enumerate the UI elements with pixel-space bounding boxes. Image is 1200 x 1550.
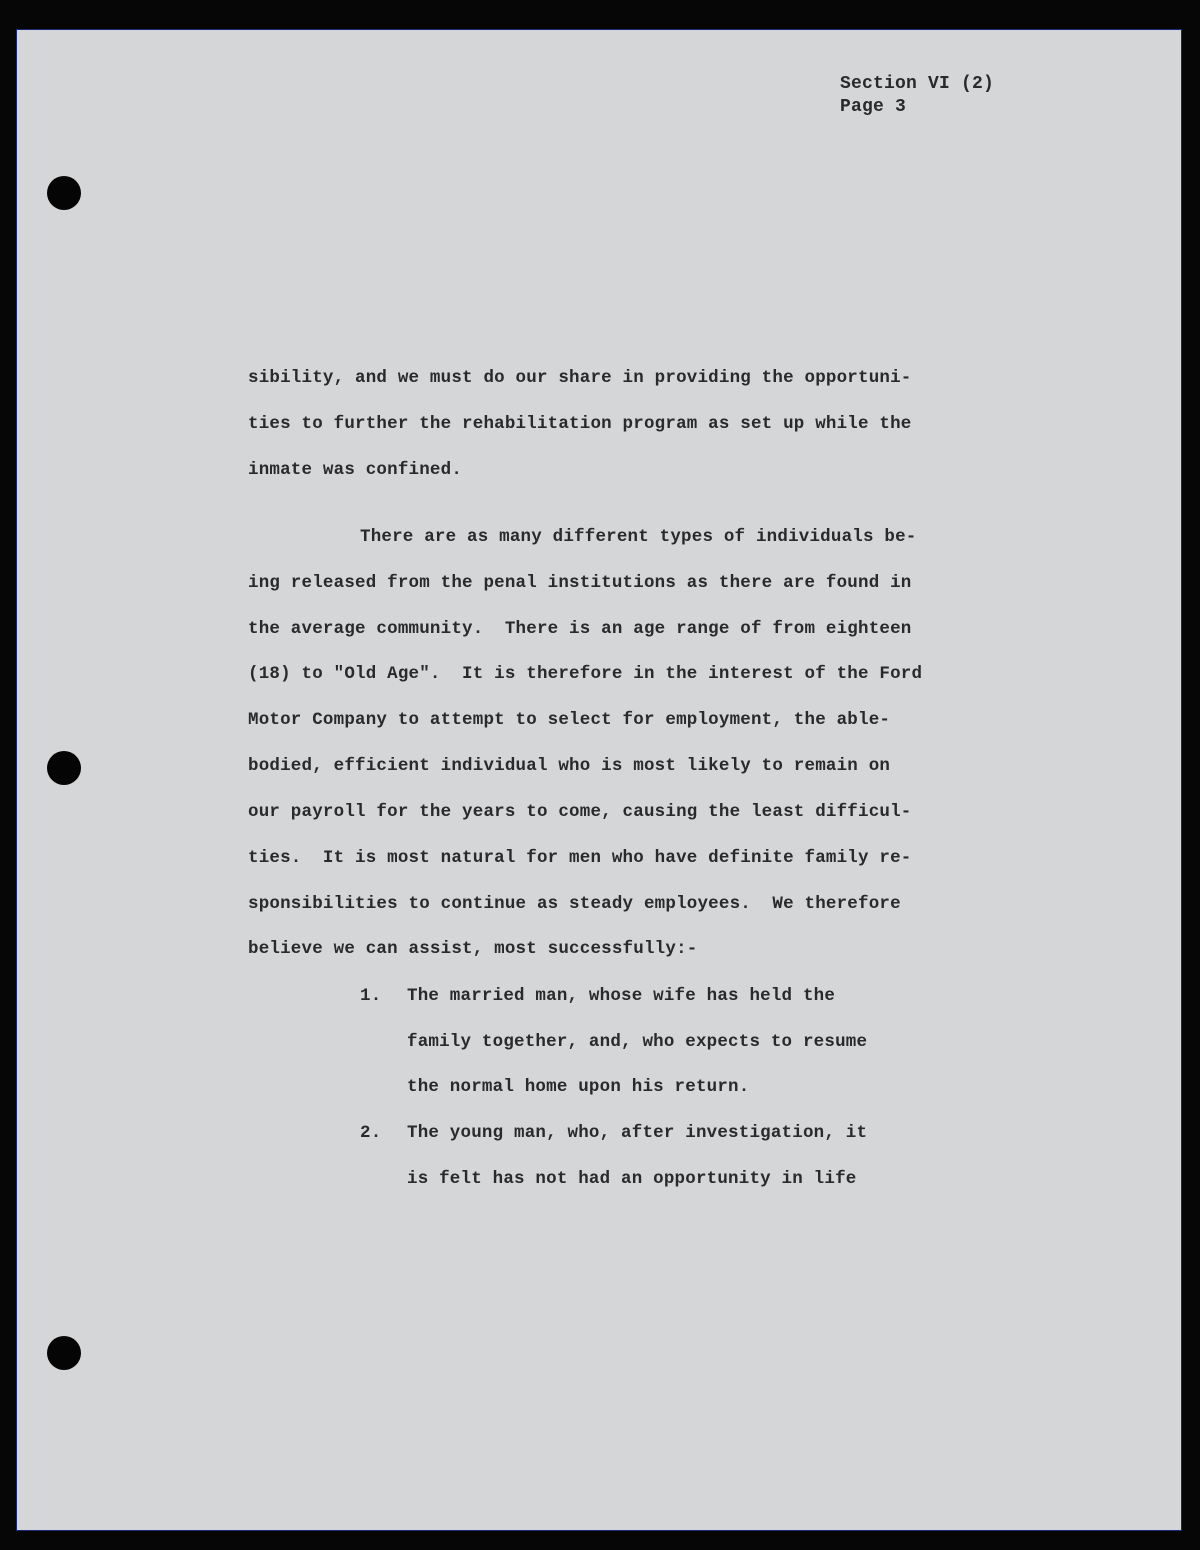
text-line: The young man, who, after investigation,… [407, 1123, 867, 1143]
text-line: is felt has not had an opportunity in li… [407, 1169, 856, 1189]
document-page: Section VI (2) Page 3 sibility, and we m… [17, 30, 1181, 1530]
list-number: 2. [360, 1123, 381, 1143]
text-line: the average community. There is an age r… [248, 619, 912, 639]
text-line: family together, and, who expects to res… [407, 1032, 867, 1052]
text-line: ties to further the rehabilitation progr… [248, 414, 912, 434]
list-number: 1. [360, 986, 381, 1006]
text-line: bodied, efficient individual who is most… [248, 756, 890, 776]
text-line: inmate was confined. [248, 460, 462, 480]
section-label: Section VI (2) [840, 74, 994, 94]
text-line: There are as many different types of ind… [360, 527, 917, 547]
page-number: Page 3 [840, 97, 906, 117]
text-line: the normal home upon his return. [407, 1077, 749, 1097]
hole-punch-middle [47, 751, 81, 785]
text-line: sponsibilities to continue as steady emp… [248, 894, 901, 914]
text-line: believe we can assist, most successfully… [248, 939, 697, 959]
hole-punch-bottom [47, 1336, 81, 1370]
text-line: sibility, and we must do our share in pr… [248, 368, 912, 388]
text-line: ties. It is most natural for men who hav… [248, 848, 912, 868]
text-line: our payroll for the years to come, causi… [248, 802, 912, 822]
text-line: The married man, whose wife has held the [407, 986, 835, 1006]
text-line: ing released from the penal institutions… [248, 573, 912, 593]
text-line: (18) to "Old Age". It is therefore in th… [248, 664, 922, 684]
hole-punch-top [47, 176, 81, 210]
text-line: Motor Company to attempt to select for e… [248, 710, 890, 730]
